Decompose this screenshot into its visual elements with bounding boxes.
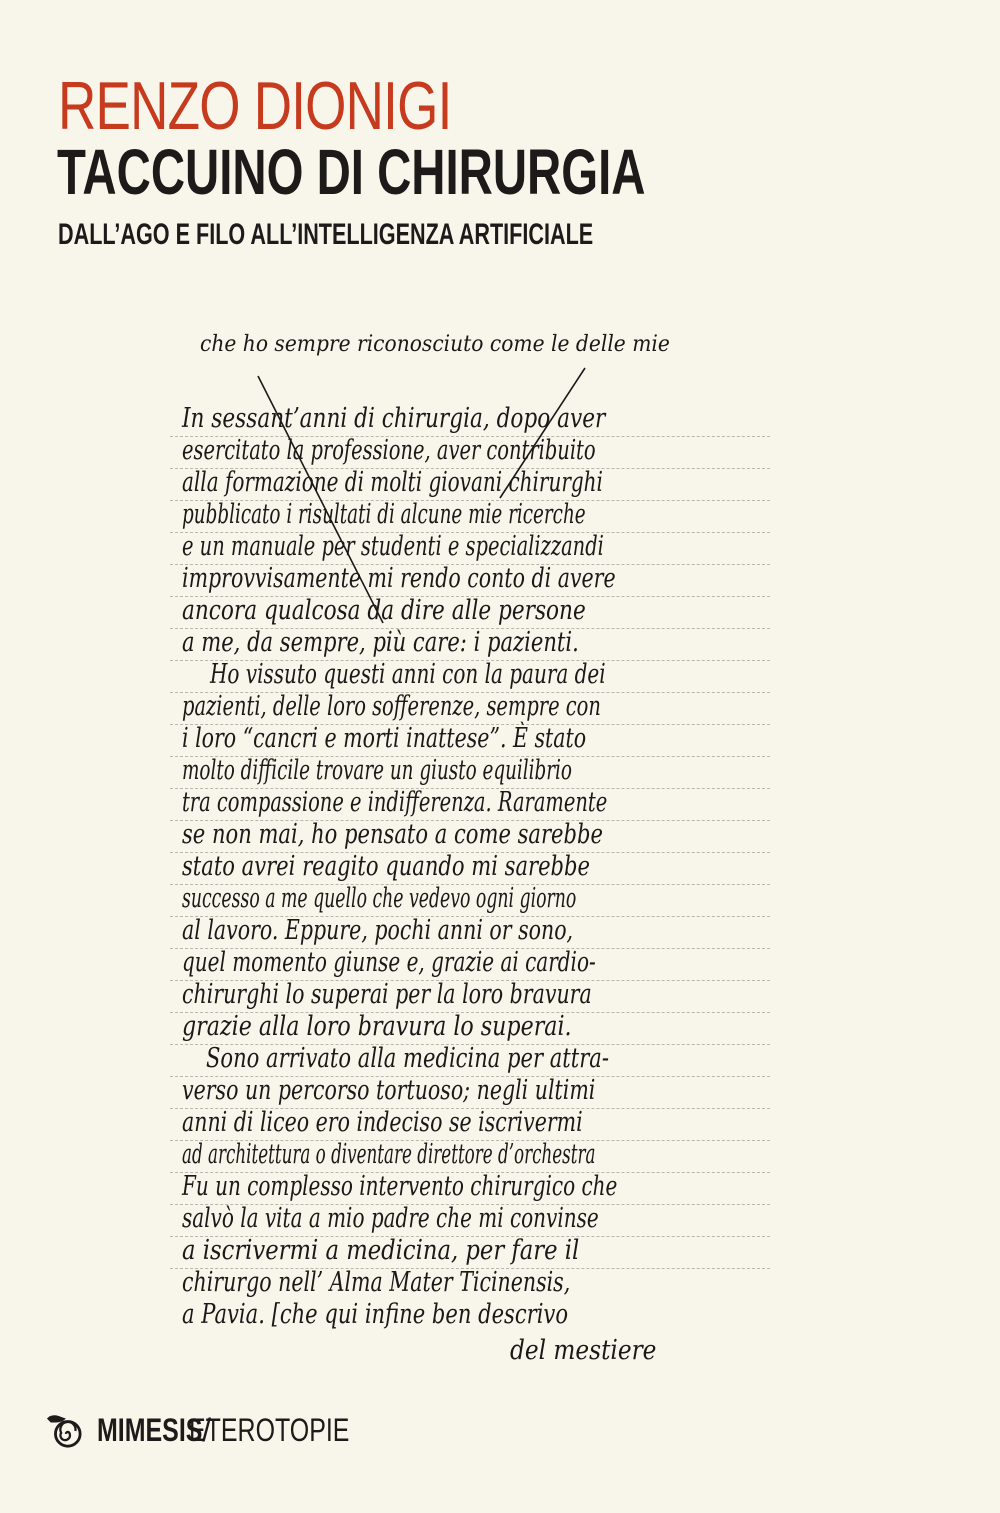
crossout-strokes	[170, 318, 770, 1318]
book-subtitle: DALL’AGO E FILO ALL’INTELLIGENZA ARTIFIC…	[58, 220, 593, 250]
manuscript-line: del mestiere	[510, 1336, 656, 1366]
publisher-footer: MIMESIS / ETEROTOPIE	[45, 1412, 395, 1449]
author-name: RENZO DIONIGI	[58, 72, 452, 140]
handwritten-manuscript: che ho sempre riconosciuto come le delle…	[170, 318, 770, 1318]
book-title: TACCUINO DI CHIRURGIA	[57, 140, 645, 204]
book-cover: RENZO DIONIGI TACCUINO DI CHIRURGIA DALL…	[0, 0, 1000, 1513]
series-name: ETEROTOPIE	[189, 1412, 349, 1449]
publisher-name: MIMESIS	[97, 1412, 202, 1449]
snail-spiral-icon	[45, 1413, 83, 1449]
